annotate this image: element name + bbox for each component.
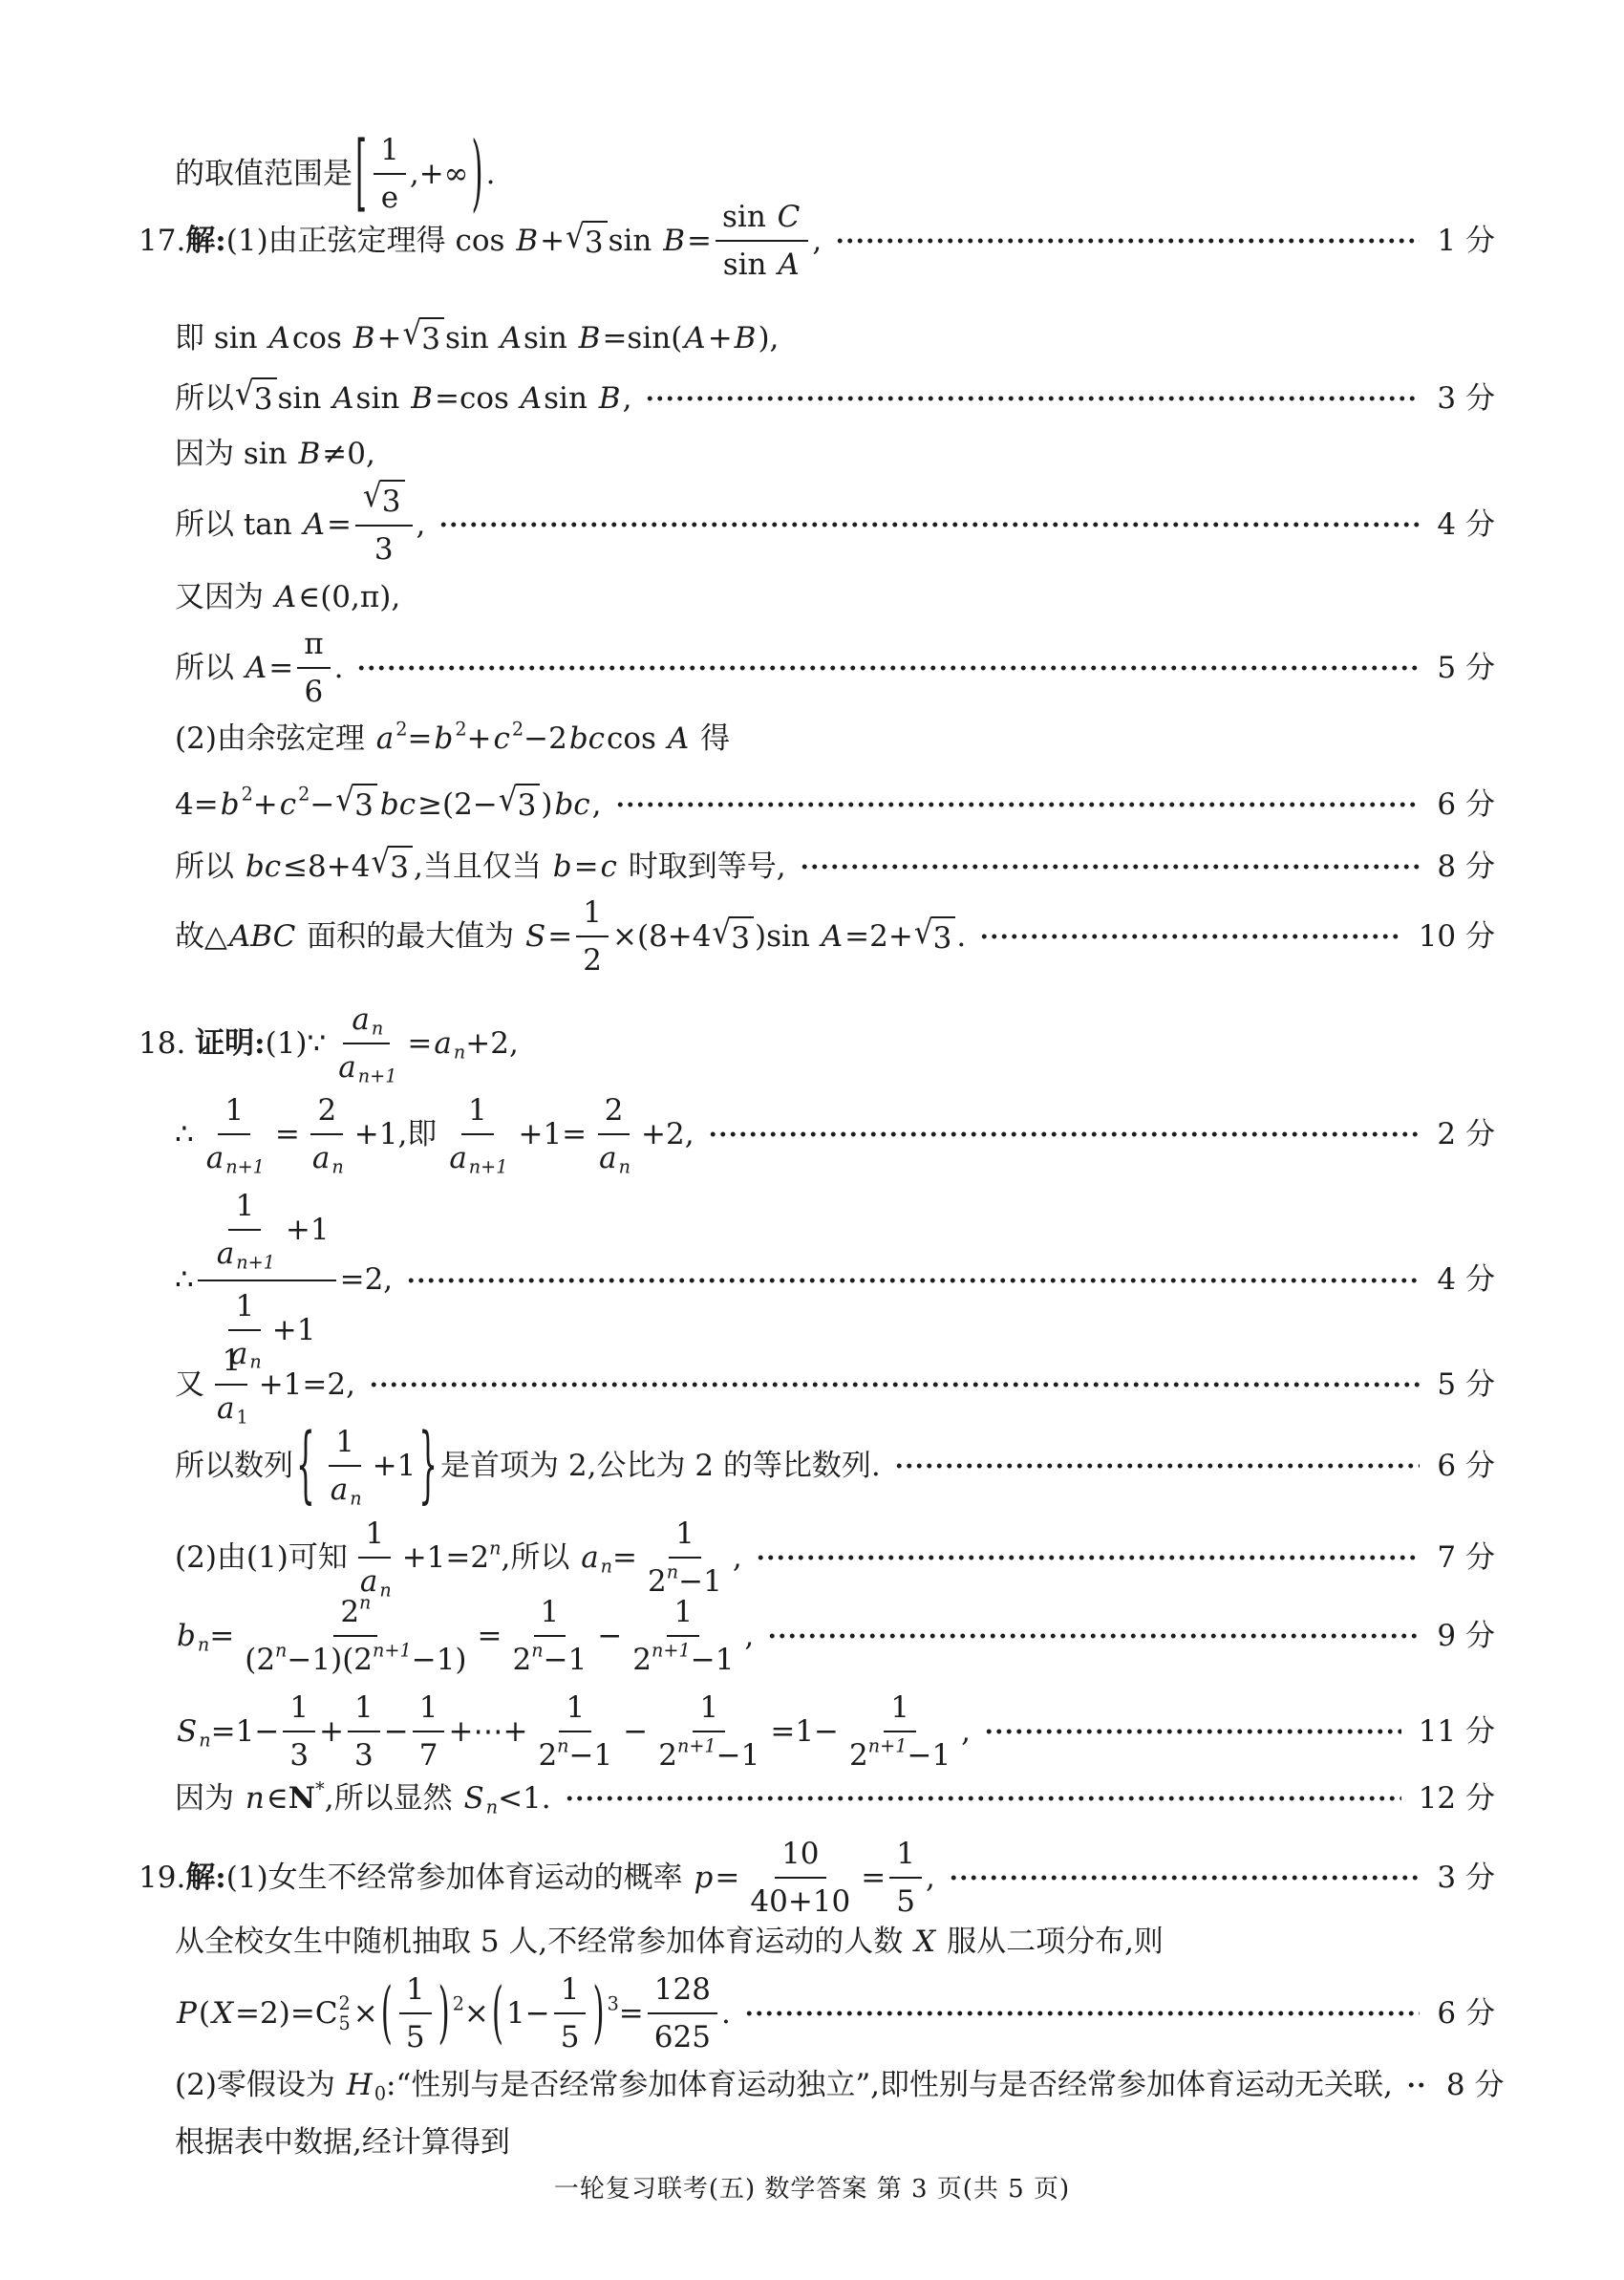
text: −: [597, 1617, 622, 1655]
q18-step-initial-term: 又1a1+1=2,5 分: [175, 1340, 1495, 1430]
text: ,所以显然: [325, 1779, 462, 1818]
text: 1: [561, 1970, 580, 2009]
text: 5: [561, 2018, 580, 2056]
fraction: 15: [554, 1968, 587, 2059]
q18-step-Sn-telescope: Sn=1−13+13−17+⋯+12n−1−12n+1−1=1−12n+1−1,…: [175, 1687, 1495, 1777]
math-var: A: [267, 319, 292, 357]
denominator: an+1: [330, 1044, 403, 1088]
numerator: 1: [374, 129, 406, 175]
dotted-leader: [645, 396, 1420, 401]
text: ∈(0,π),: [298, 578, 400, 616]
fraction: 12: [576, 892, 609, 982]
fraction: 1a1: [208, 1340, 255, 1430]
text: .: [956, 917, 966, 956]
text: 19.: [139, 1859, 185, 1897]
numerator: 1: [693, 1687, 725, 1732]
text: ,: [961, 1712, 971, 1751]
text: (: [199, 1994, 210, 2033]
score-label: 3 分: [1437, 379, 1495, 418]
text: 10: [781, 1835, 819, 1873]
q19-step-table-note: 根据表中数据,经计算得到: [175, 2123, 1495, 2162]
math-var: B: [352, 319, 377, 357]
subscript: n: [486, 1797, 498, 1816]
text: 1: [890, 1688, 909, 1727]
denominator: 5: [399, 2014, 432, 2058]
text: +: [540, 222, 565, 260]
math-var: c: [492, 720, 512, 758]
text: 1: [365, 1515, 384, 1553]
text: 3: [933, 921, 952, 956]
numerator: 1: [889, 1833, 922, 1879]
text: 3: [731, 921, 750, 956]
stretch-bracket: ): [438, 1977, 450, 2051]
text: 1: [541, 1593, 560, 1631]
dotted-leader: [800, 864, 1421, 870]
superscript: 3: [608, 1994, 619, 2012]
dotted-leader: [984, 1729, 1401, 1734]
fraction: 12n+1−1: [843, 1687, 957, 1777]
text: ,: [744, 1617, 754, 1655]
denominator: an+1: [440, 1135, 514, 1179]
radical-sign: √: [402, 315, 421, 353]
text: ≥(2−: [417, 785, 498, 824]
text: +1=: [518, 1115, 587, 1153]
text: sin: [356, 379, 410, 418]
text: +⋯+: [448, 1712, 527, 1751]
subscript: n+1: [469, 1157, 508, 1175]
fraction: 1040+10: [743, 1833, 857, 1924]
math-var: C: [776, 198, 802, 236]
math-var: a: [432, 1024, 453, 1063]
text: 1: [224, 1091, 244, 1129]
numerator: 1: [348, 1687, 380, 1732]
math-var: A: [499, 319, 524, 357]
subscript: n+1: [358, 1066, 397, 1085]
dotted-leader: [767, 1633, 1420, 1639]
text: 2: [658, 1736, 677, 1775]
text: −2: [524, 720, 567, 758]
radical-sign: √: [566, 219, 585, 256]
subscript: n+1: [236, 1253, 275, 1271]
text: 17.: [139, 222, 185, 260]
text: 即 sin: [175, 319, 267, 357]
text: 1: [468, 1091, 487, 1129]
denominator: sin A: [716, 242, 808, 286]
text: 得: [691, 720, 730, 758]
fraction: 17: [413, 1687, 445, 1777]
superscript: n: [359, 1593, 371, 1611]
radicand: 3: [380, 480, 405, 521]
text: +1=2: [402, 1538, 489, 1577]
text: (1)由正弦定理得 cos: [226, 222, 515, 260]
dotted-leader: [756, 1555, 1421, 1560]
q19-step-null-hypothesis: (2)零假设为 H0:“性别与是否经常参加体育运动独立”,即性别与是否经常参加体…: [175, 2066, 1495, 2104]
math-var: X: [912, 1923, 937, 1961]
fraction: sin Csin A: [716, 196, 808, 287]
text: .: [721, 1994, 731, 2033]
text: 根据表中数据,经计算得到: [175, 2123, 510, 2162]
fraction: 1an: [352, 1513, 398, 1603]
math-var: a: [350, 1000, 371, 1039]
q18-step-Sn-bound: 因为 n∈N*,所以显然 Sn<1.12 分: [175, 1779, 1495, 1818]
document-page: 的取值范围是[1e,+∞). 17.解:(1)由正弦定理得 cos B+√3si…: [0, 0, 1624, 2280]
score-label: 5 分: [1437, 649, 1495, 687]
stretch-bracket: (: [492, 1977, 503, 2051]
text: (2)由(1)可知: [175, 1538, 348, 1577]
text: 因为: [175, 1779, 244, 1818]
q17-step-bc-bound: 所以 bc≤8+4√3,当且仅当 b=c 时取到等号,8 分: [175, 846, 1495, 887]
text: 所以: [175, 649, 244, 687]
bold-text: 解:: [185, 1859, 225, 1897]
score-label: 11 分: [1419, 1712, 1495, 1751]
dotted-leader: [565, 1796, 1401, 1801]
text: 1: [354, 1688, 374, 1727]
math-var: A: [519, 379, 544, 418]
math-var: p: [693, 1859, 716, 1897]
radicand: 3: [419, 317, 444, 358]
superscript: *: [315, 1779, 325, 1797]
math-var: a: [374, 720, 395, 758]
text: sin: [544, 379, 597, 418]
text: 3: [421, 322, 440, 356]
text: 所以数列: [175, 1447, 293, 1485]
text: (2)由余弦定理: [175, 720, 374, 758]
text: sin: [609, 222, 662, 260]
text: ,: [417, 505, 426, 544]
denominator: 2n−1: [506, 1637, 594, 1681]
text: ,所以: [501, 1538, 579, 1577]
q17-step-tanA: 所以 tan A=√33,4 分: [175, 478, 1495, 571]
dotted-leader: [369, 1382, 1420, 1387]
stretch-bracket: (: [381, 1977, 393, 2051]
text: 1: [419, 1688, 438, 1727]
radical-sign: √: [335, 782, 354, 819]
text: sin: [524, 319, 577, 357]
subscript: n+1: [225, 1157, 265, 1175]
text: −: [310, 785, 334, 824]
text: =1−: [770, 1712, 839, 1751]
subscript: n: [199, 1731, 210, 1749]
radicand: 3: [729, 916, 754, 957]
text: =: [209, 1617, 234, 1655]
math-var: b: [175, 1617, 198, 1655]
denominator: 3: [283, 1732, 315, 1776]
text: =2,: [340, 1260, 394, 1299]
math-var: A: [682, 319, 707, 357]
text: 2: [340, 1593, 359, 1631]
text: 的取值范围是: [175, 155, 353, 193]
radical-sign: √: [713, 914, 732, 952]
radicand: 3: [252, 377, 277, 419]
text: ×(8+4: [612, 917, 712, 956]
q17-step-sinB-nonzero: 因为 sin B≠0,: [175, 435, 1495, 473]
math-var: A: [244, 649, 268, 687]
text: ,: [733, 1538, 742, 1577]
math-var: P: [175, 1994, 199, 2033]
numerator: 10: [775, 1833, 825, 1879]
text: :“性别与是否经常参加体育运动独立”,即性别与是否经常参加体育运动无关联,: [386, 2066, 1393, 2104]
superscript: n: [531, 1641, 543, 1659]
fraction: 12n−1: [641, 1513, 729, 1603]
subscript: n: [372, 1019, 383, 1037]
score-label: 2 分: [1437, 1115, 1495, 1153]
text: 1: [673, 1593, 693, 1631]
score-label: 4 分: [1437, 1260, 1495, 1299]
text: 128: [654, 1970, 711, 2009]
text: =: [268, 649, 293, 687]
math-var: S: [524, 917, 547, 956]
score-label: 6 分: [1437, 1447, 1495, 1485]
text: −1)(2: [287, 1641, 373, 1679]
denominator: 3: [368, 527, 400, 570]
fraction: anan+1: [330, 999, 403, 1089]
superscript: n: [489, 1538, 501, 1557]
fraction: 1an+1: [198, 1089, 271, 1180]
math-var: B: [409, 379, 435, 418]
text: 3: [254, 382, 273, 417]
text: 又因为: [175, 578, 273, 616]
stretch-bracket: ): [592, 1977, 604, 2051]
q18-proof-given: 18. 证明:(1)∵anan+1=an+2,: [139, 999, 1495, 1089]
text: )sin: [755, 917, 820, 956]
score-label: 6 分: [1437, 785, 1495, 824]
q17-step-cosine-rule: (2)由余弦定理 a2=b2+c2−2bccos A 得: [175, 720, 1495, 758]
dotted-leader: [438, 522, 1420, 527]
sup-sub-stack: 25: [339, 1993, 351, 2034]
superscript: n: [275, 1641, 287, 1659]
numerator: 1: [576, 892, 609, 937]
radicand: 3: [353, 784, 377, 825]
text: (2)零假设为: [175, 2066, 345, 2104]
text: 18.: [139, 1024, 195, 1063]
text: =: [407, 1024, 432, 1063]
sqrt-radical: √3: [402, 317, 444, 358]
q18-step-geometric-seq: 所以数列{1an+1}是首项为 2,公比为 2 的等比数列.6 分: [175, 1421, 1495, 1512]
fraction: 15: [399, 1968, 432, 2059]
text: ),: [758, 319, 779, 357]
sqrt-radical: √3: [566, 221, 608, 262]
radical-sign: √: [235, 376, 254, 413]
text: −1: [907, 1736, 951, 1775]
text: =2+: [844, 917, 913, 956]
denominator: 625: [648, 2014, 717, 2058]
numerator: 2: [310, 1089, 343, 1135]
superscript: n+1: [652, 1641, 691, 1659]
text: 又: [175, 1366, 204, 1404]
denominator: 5: [889, 1879, 922, 1923]
text: 1−: [506, 1994, 550, 2033]
text: +1,即: [354, 1115, 438, 1153]
text: −1: [716, 1736, 760, 1775]
q17-step-A-value: 所以 A=π6.5 分: [175, 623, 1495, 714]
radical-sign: √: [914, 914, 933, 952]
denominator: an: [304, 1135, 351, 1179]
text: 1: [335, 1423, 354, 1461]
numerator: 2: [598, 1089, 630, 1135]
text: ,: [592, 785, 602, 824]
text: 2: [605, 1091, 624, 1129]
text: sin: [278, 379, 331, 418]
text: 2: [583, 941, 602, 979]
text: −: [384, 1712, 409, 1751]
text: 所以: [175, 379, 234, 418]
denominator: an+1: [198, 1135, 271, 1179]
text: 3: [354, 1736, 374, 1775]
text: +1=2,: [259, 1366, 355, 1404]
fraction: 1an+1: [440, 1089, 514, 1180]
text: π: [304, 625, 323, 663]
text: 服从二项分布,则: [937, 1923, 1164, 1961]
text: 7: [419, 1736, 438, 1775]
fraction: 12n−1: [531, 1687, 619, 1777]
fraction: 13: [348, 1687, 380, 1777]
text: 1: [235, 1187, 254, 1225]
numerator: 1an+1+1: [198, 1183, 336, 1281]
q17-step-inequality: 4=b2+c2−√3bc≥(2−√3)bc,6 分: [175, 784, 1495, 825]
dotted-leader: [708, 1131, 1421, 1137]
q17-step-A-domain: 又因为 A∈(0,π),: [175, 578, 1495, 616]
superscript: n: [557, 1736, 568, 1754]
text: ×: [464, 1994, 489, 2033]
math-var: B: [661, 222, 687, 260]
math-var: A: [302, 505, 327, 544]
text: 故△: [175, 917, 227, 956]
dotted-leader: [949, 1875, 1421, 1881]
math-var: b: [432, 720, 455, 758]
score-label: 9 分: [1437, 1617, 1495, 1655]
text: +1: [286, 1211, 330, 1249]
dotted-leader: [1406, 2082, 1429, 2088]
math-var: A: [666, 720, 691, 758]
denominator: 7: [413, 1732, 445, 1776]
sqrt-radical: √3: [371, 846, 413, 887]
text: +: [467, 720, 492, 758]
text: 所以: [175, 848, 244, 886]
radical-sign: √: [499, 782, 518, 819]
subscript: 5: [339, 2013, 351, 2034]
denominator: 2n+1−1: [652, 1732, 766, 1776]
numerator: 1: [534, 1591, 566, 1637]
stretch-bracket: }: [418, 1421, 438, 1512]
text: =: [715, 1859, 739, 1897]
text: ∈: [267, 1779, 288, 1818]
numerator: 1: [329, 1421, 361, 1467]
math-var: B: [733, 319, 759, 357]
math-var: S: [175, 1712, 199, 1751]
text: 从全校女生中随机抽取 5 人,不经常参加体育运动的人数: [175, 1923, 912, 1961]
text: +1: [373, 1447, 417, 1485]
math-var: c: [599, 848, 619, 886]
text: −1: [544, 1641, 588, 1679]
math-var: b: [551, 848, 574, 886]
subscript: n: [198, 1635, 209, 1653]
text: ,+∞: [410, 155, 469, 193]
text: −1: [691, 1641, 735, 1679]
text: +: [708, 319, 733, 357]
denominator: 3: [348, 1732, 380, 1776]
text: <1.: [498, 1779, 551, 1818]
score-label: 3 分: [1437, 1859, 1495, 1897]
text: 2: [317, 1091, 336, 1129]
score-label: 1 分: [1437, 222, 1495, 260]
dotted-leader: [744, 2011, 1421, 2016]
text: (1)∵: [266, 1024, 327, 1063]
fraction: 13: [283, 1687, 315, 1777]
text: ×: [353, 1994, 378, 2033]
text: 5: [406, 2018, 425, 2056]
text: 1: [380, 131, 399, 169]
text: sin: [722, 198, 776, 236]
text: 2: [513, 1641, 532, 1679]
radicand: 3: [388, 846, 413, 887]
radicand: 3: [583, 221, 608, 262]
sqrt-radical: √3: [335, 784, 377, 825]
q19-step-PX2: P(X=2)=C25×(15)2×(1−15)3=128625.6 分: [175, 1968, 1495, 2059]
text: cos: [607, 720, 666, 758]
math-var: bc: [552, 785, 591, 824]
sqrt-radical: √3: [235, 377, 277, 419]
text: 3: [374, 530, 394, 569]
text: 1: [699, 1688, 718, 1727]
subscript: n: [601, 1557, 612, 1575]
text: =: [612, 1538, 637, 1577]
text: 1: [566, 1688, 585, 1727]
fraction: 128625: [648, 1968, 717, 2059]
math-var: a: [329, 1471, 350, 1509]
superscript: n+1: [868, 1736, 908, 1754]
fraction: π6: [297, 623, 330, 714]
text: 3: [585, 226, 604, 260]
fraction: 12n−1: [506, 1591, 594, 1682]
text: +: [253, 785, 278, 824]
score-label: 6 分: [1437, 1994, 1495, 2033]
text: =: [619, 1994, 644, 2033]
text: 1: [583, 893, 602, 932]
numerator: 1: [667, 1591, 699, 1637]
text: +: [319, 1712, 344, 1751]
text: −1): [412, 1641, 467, 1679]
text: =: [407, 720, 432, 758]
text: 1: [222, 1342, 241, 1380]
subscript: n: [619, 1157, 630, 1175]
dotted-leader: [979, 934, 1401, 939]
fraction: 2an: [590, 1089, 637, 1180]
superscript: 2: [455, 720, 466, 738]
text: 3: [518, 788, 537, 823]
math-var: a: [447, 1139, 468, 1177]
numerator: 1: [559, 1687, 591, 1732]
fraction: 15: [889, 1833, 922, 1924]
sqrt-radical: √3: [363, 480, 405, 521]
q17-step-sine-rule: 17.解:(1)由正弦定理得 cos B+√3sin B=sin Csin A,…: [139, 196, 1495, 287]
text: ,: [926, 1859, 935, 1897]
q17-step-simplify: 所以√3sin Asin B=cos Asin B,3 分: [175, 377, 1495, 419]
q18-step-bn-formula: bn=2n(2n−1)(2n+1−1)=12n−1−12n+1−1,9 分: [175, 1591, 1495, 1682]
numerator: 128: [648, 1968, 717, 2014]
sqrt-radical: √3: [499, 784, 541, 825]
text: 6: [305, 673, 324, 711]
score-label: 10 分: [1419, 917, 1495, 956]
score-label: 5 分: [1437, 1366, 1495, 1404]
text: 所以 tan: [175, 505, 302, 544]
text: 1: [896, 1835, 915, 1873]
text: 时取到等号,: [619, 848, 786, 886]
denominator: 2n+1−1: [843, 1732, 957, 1776]
text: 1: [289, 1688, 309, 1727]
text: (1)女生不经常参加体育运动的概率: [226, 1859, 693, 1897]
fraction: 12n+1−1: [652, 1687, 766, 1777]
math-var: ABC: [227, 917, 297, 956]
